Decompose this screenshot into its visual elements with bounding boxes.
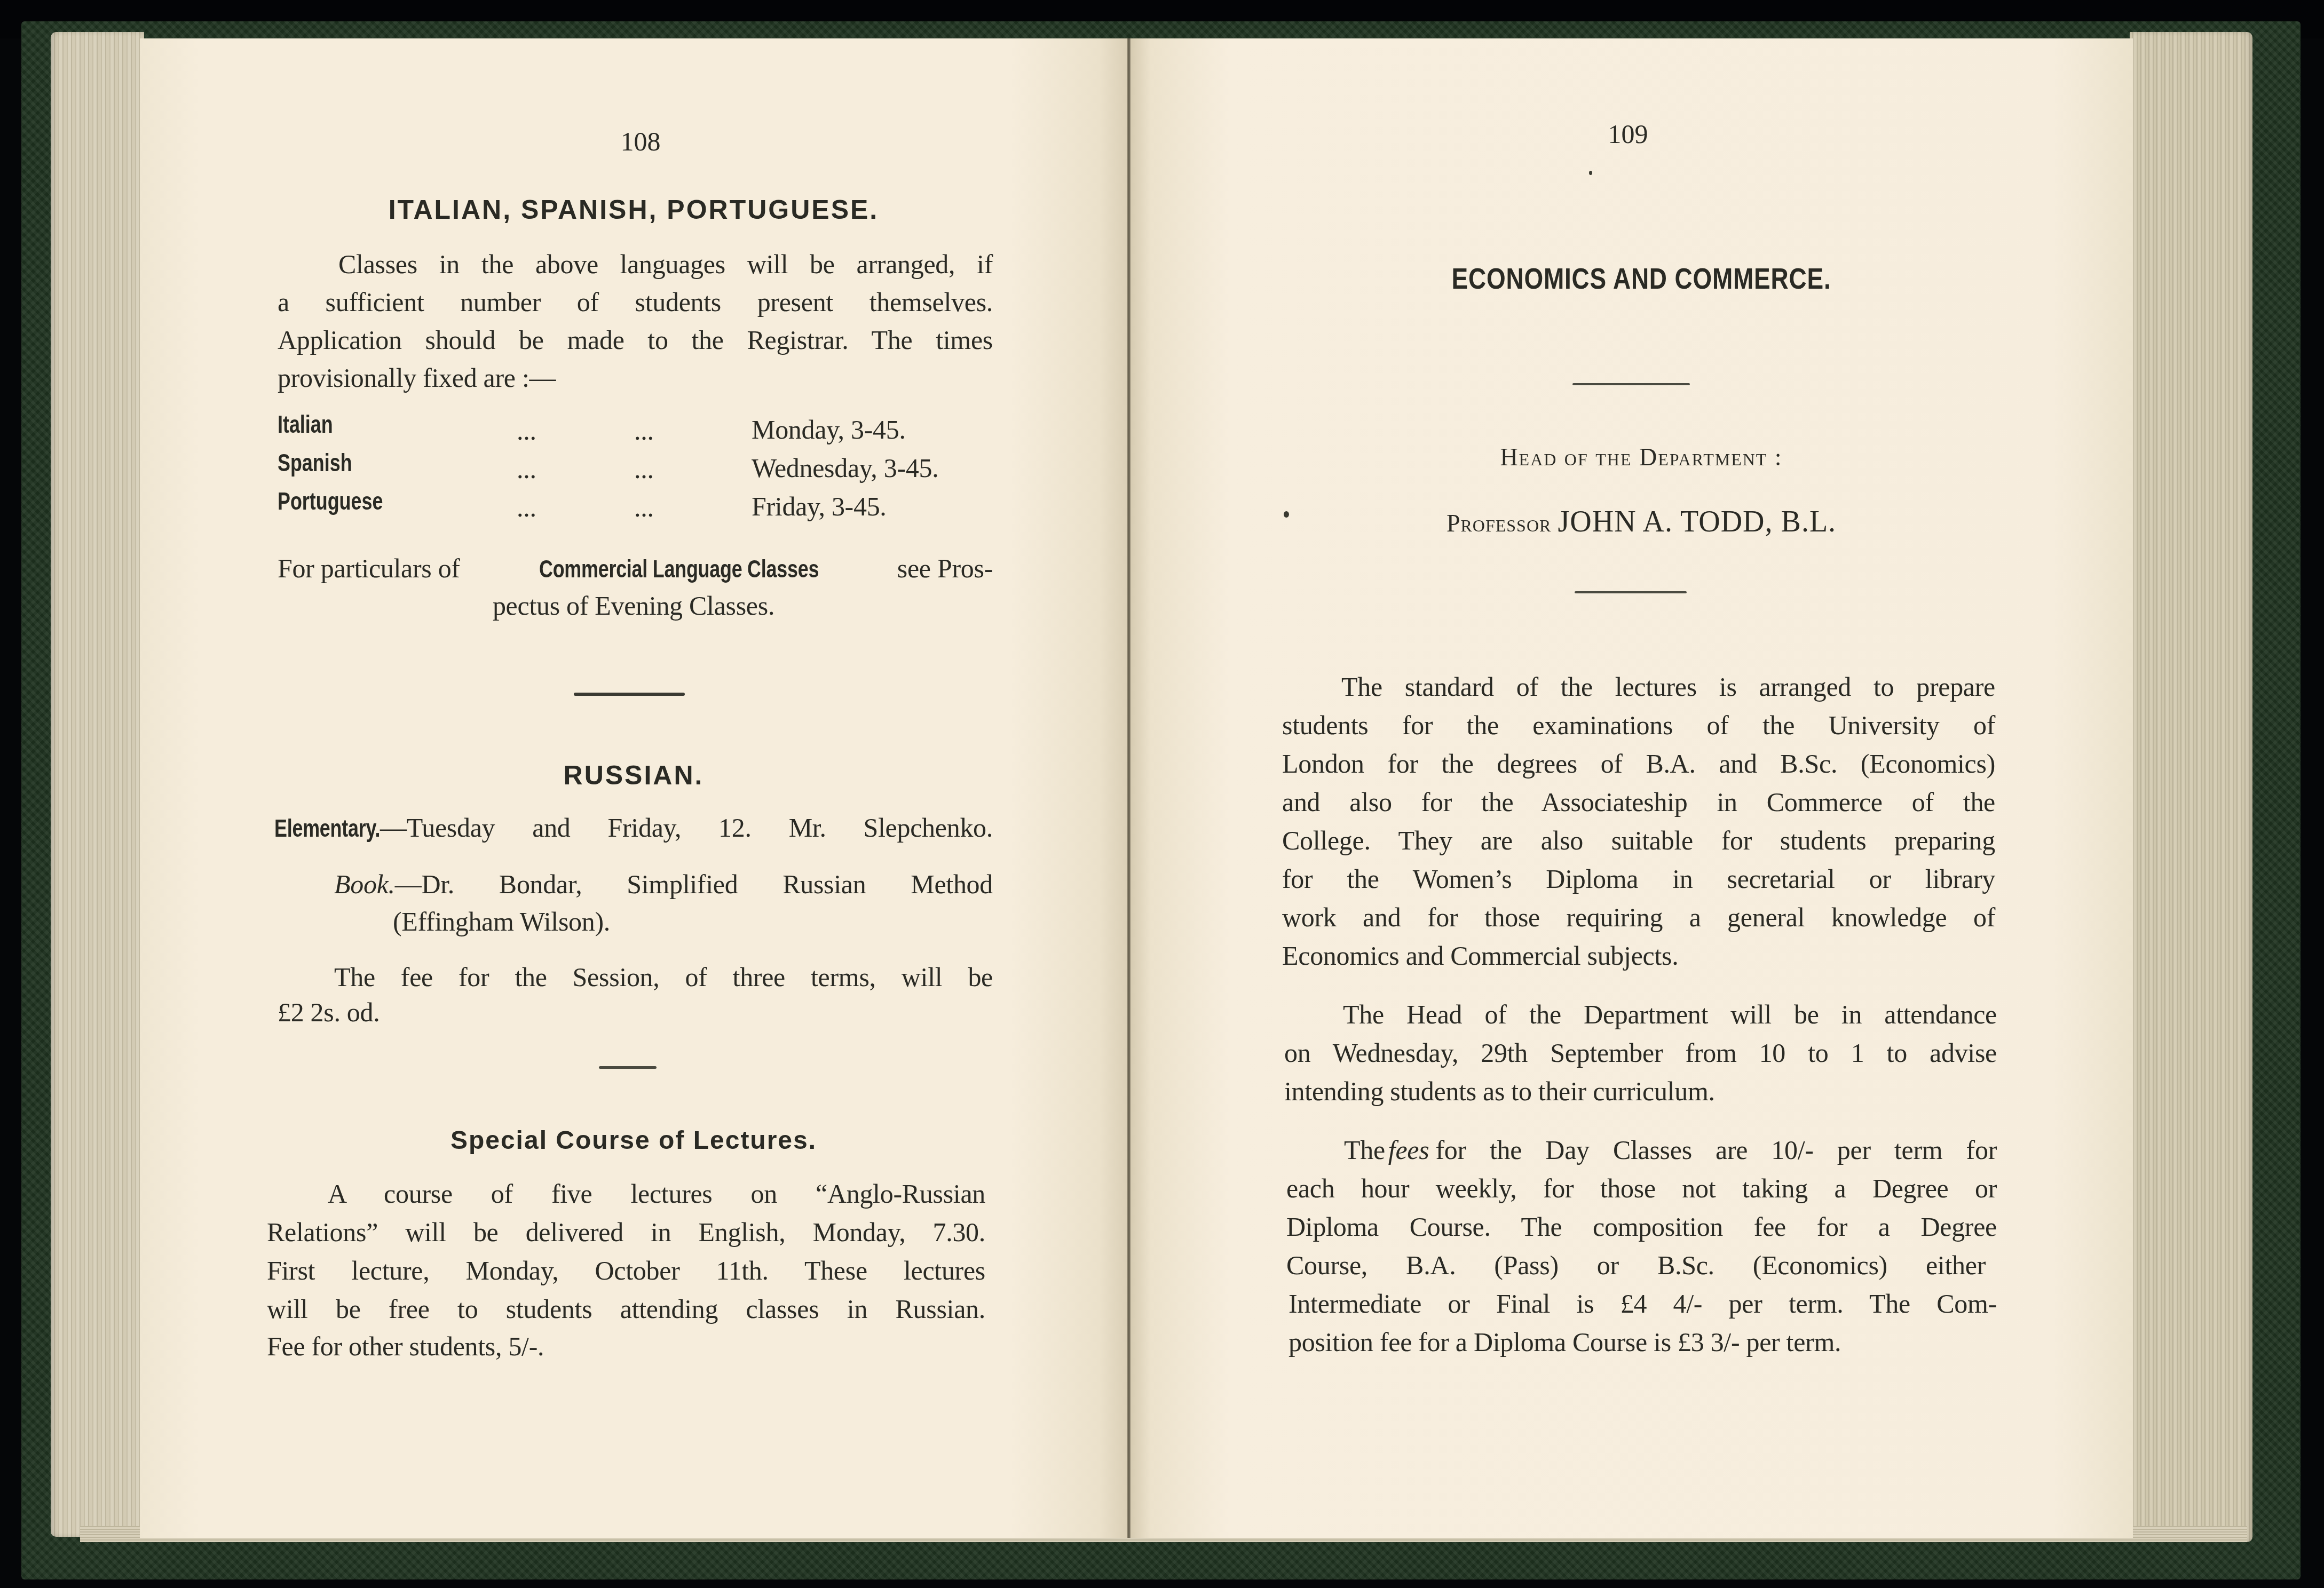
- economics-paragraph-line: students for the examinations of the Uni…: [1282, 712, 1995, 739]
- economics-paragraph-line: work and for those requiring a general k…: [1282, 904, 1995, 931]
- section-divider: [1575, 591, 1687, 593]
- fees-prefix: The: [1344, 1137, 1385, 1163]
- russian-book-line2: (Effingham Wilson).: [393, 908, 610, 935]
- schedule-time: Friday, 3-45.: [752, 493, 887, 520]
- schedule-leader: ...: [634, 494, 654, 521]
- elementary-text: —Tuesday and Friday, 12. Mr. Slepchenko.: [380, 814, 993, 841]
- head-of-department-name: Professor JOHN A. TODD, B.L.: [1282, 507, 2001, 537]
- russian-fee-line: The fee for the Session, of three terms,…: [334, 964, 993, 990]
- fees-paragraph-line: The fees for the Day Classes are 10/- pe…: [1344, 1137, 1997, 1163]
- schedule-leader: ...: [517, 494, 536, 521]
- section-divider: [574, 693, 685, 696]
- book-text: —Dr. Bondar, Simplified Russian Method: [395, 871, 993, 898]
- special-paragraph-line: Relations” will be delivered in English,…: [267, 1219, 985, 1245]
- economics-paragraph-line: London for the degrees of B.A. and B.Sc.…: [1282, 750, 1995, 777]
- fees-paragraph-line: position fee for a Diploma Course is £3 …: [1289, 1329, 1841, 1355]
- page-edges-left: [51, 32, 144, 1537]
- page-number-right: 109: [1575, 121, 1681, 147]
- note-suffix: see Pros-: [897, 555, 993, 582]
- attendance-paragraph-line: The Head of the Department will be in at…: [1343, 1001, 1997, 1028]
- commercial-classes-note: For particulars of Commercial Language C…: [278, 555, 993, 582]
- schedule-language: Spanish: [278, 450, 352, 475]
- economics-paragraph-line: for the Women’s Diploma in secretarial o…: [1282, 866, 1995, 892]
- special-paragraph-line: Fee for other students, 5/-.: [267, 1333, 544, 1360]
- schedule-row: Spanish: [278, 450, 373, 475]
- heading-economics-commerce: ECONOMICS AND COMMERCE.: [1347, 264, 1936, 293]
- page-number-left: 108: [587, 128, 694, 155]
- italian-paragraph-line: provisionally fixed are :—: [278, 364, 556, 391]
- elementary-label: Elementary.: [274, 816, 380, 840]
- schedule-leader: ...: [517, 417, 536, 444]
- russian-book-line: Book. —Dr. Bondar, Simplified Russian Me…: [334, 871, 993, 898]
- special-paragraph-line: First lecture, Monday, October 11th. The…: [267, 1257, 985, 1284]
- schedule-leader: ...: [634, 417, 654, 444]
- italian-paragraph-line: Application should be made to the Regist…: [278, 327, 993, 353]
- head-of-department-label: Head of the Department :: [1282, 445, 2001, 470]
- fees-suffix: for the Day Classes are 10/- per term fo…: [1435, 1137, 1997, 1163]
- page-edges-right: [2130, 32, 2252, 1542]
- fees-italic: fees: [1388, 1137, 1429, 1163]
- note-bold: Commercial Language Classes: [539, 557, 819, 581]
- russian-fee-amount: £2 2s. od.: [278, 999, 380, 1026]
- russian-elementary-line: Elementary. —Tuesday and Friday, 12. Mr.…: [274, 814, 993, 841]
- book-gutter: [1127, 38, 1131, 1538]
- schedule-leader: ...: [517, 456, 536, 482]
- italian-paragraph-line: a sufficient number of students present …: [278, 289, 993, 315]
- attendance-paragraph-line: intending students as to their curriculu…: [1284, 1078, 1715, 1105]
- schedule-language: Italian: [278, 412, 333, 436]
- economics-paragraph-line: The standard of the lectures is arranged…: [1341, 673, 1995, 700]
- heading-special-course: Special Course of Lectures.: [274, 1128, 993, 1154]
- economics-paragraph-line: Economics and Commercial subjects.: [1282, 942, 1678, 969]
- economics-paragraph-line: and also for the Associateship in Commer…: [1282, 789, 1995, 815]
- economics-paragraph-line: College. They are also suitable for stud…: [1282, 827, 1995, 854]
- heading-italian-spanish-portuguese: ITALIAN, SPANISH, PORTUGUESE.: [274, 196, 993, 223]
- heading-russian: RUSSIAN.: [274, 762, 993, 789]
- schedule-leader: ...: [634, 456, 654, 482]
- short-divider: [599, 1066, 657, 1069]
- schedule-language: Portuguese: [278, 489, 383, 513]
- fees-paragraph-line: Intermediate or Final is £4 4/- per term…: [1289, 1290, 1997, 1317]
- fees-paragraph-line: Course, B.A. (Pass) or B.Sc. (Economics)…: [1286, 1252, 1986, 1279]
- section-divider: [1572, 383, 1690, 385]
- schedule-row: Portuguese: [278, 489, 413, 513]
- special-paragraph-line: A course of five lectures on “Anglo-Russ…: [328, 1180, 985, 1207]
- schedule-time: Monday, 3-45.: [752, 416, 906, 443]
- schedule-row: Italian: [278, 412, 349, 436]
- special-paragraph-line: will be free to students attending class…: [267, 1296, 985, 1322]
- ink-speck: [1589, 171, 1592, 175]
- professor-name: JOHN A. TODD, B.L.: [1558, 505, 1837, 538]
- fees-paragraph-line: Diploma Course. The composition fee for …: [1286, 1213, 1997, 1240]
- book-label: Book.: [334, 871, 395, 898]
- italian-paragraph-line: Classes in the above languages will be a…: [338, 251, 993, 277]
- attendance-paragraph-line: on Wednesday, 29th September from 10 to …: [1284, 1039, 1997, 1066]
- note-prefix: For particulars of: [278, 555, 460, 582]
- fees-paragraph-line: each hour weekly, for those not taking a…: [1286, 1175, 1997, 1202]
- commercial-classes-note-line2: pectus of Evening Classes.: [274, 592, 993, 619]
- schedule-time: Wednesday, 3-45.: [752, 455, 938, 481]
- professor-title: Professor: [1446, 510, 1551, 537]
